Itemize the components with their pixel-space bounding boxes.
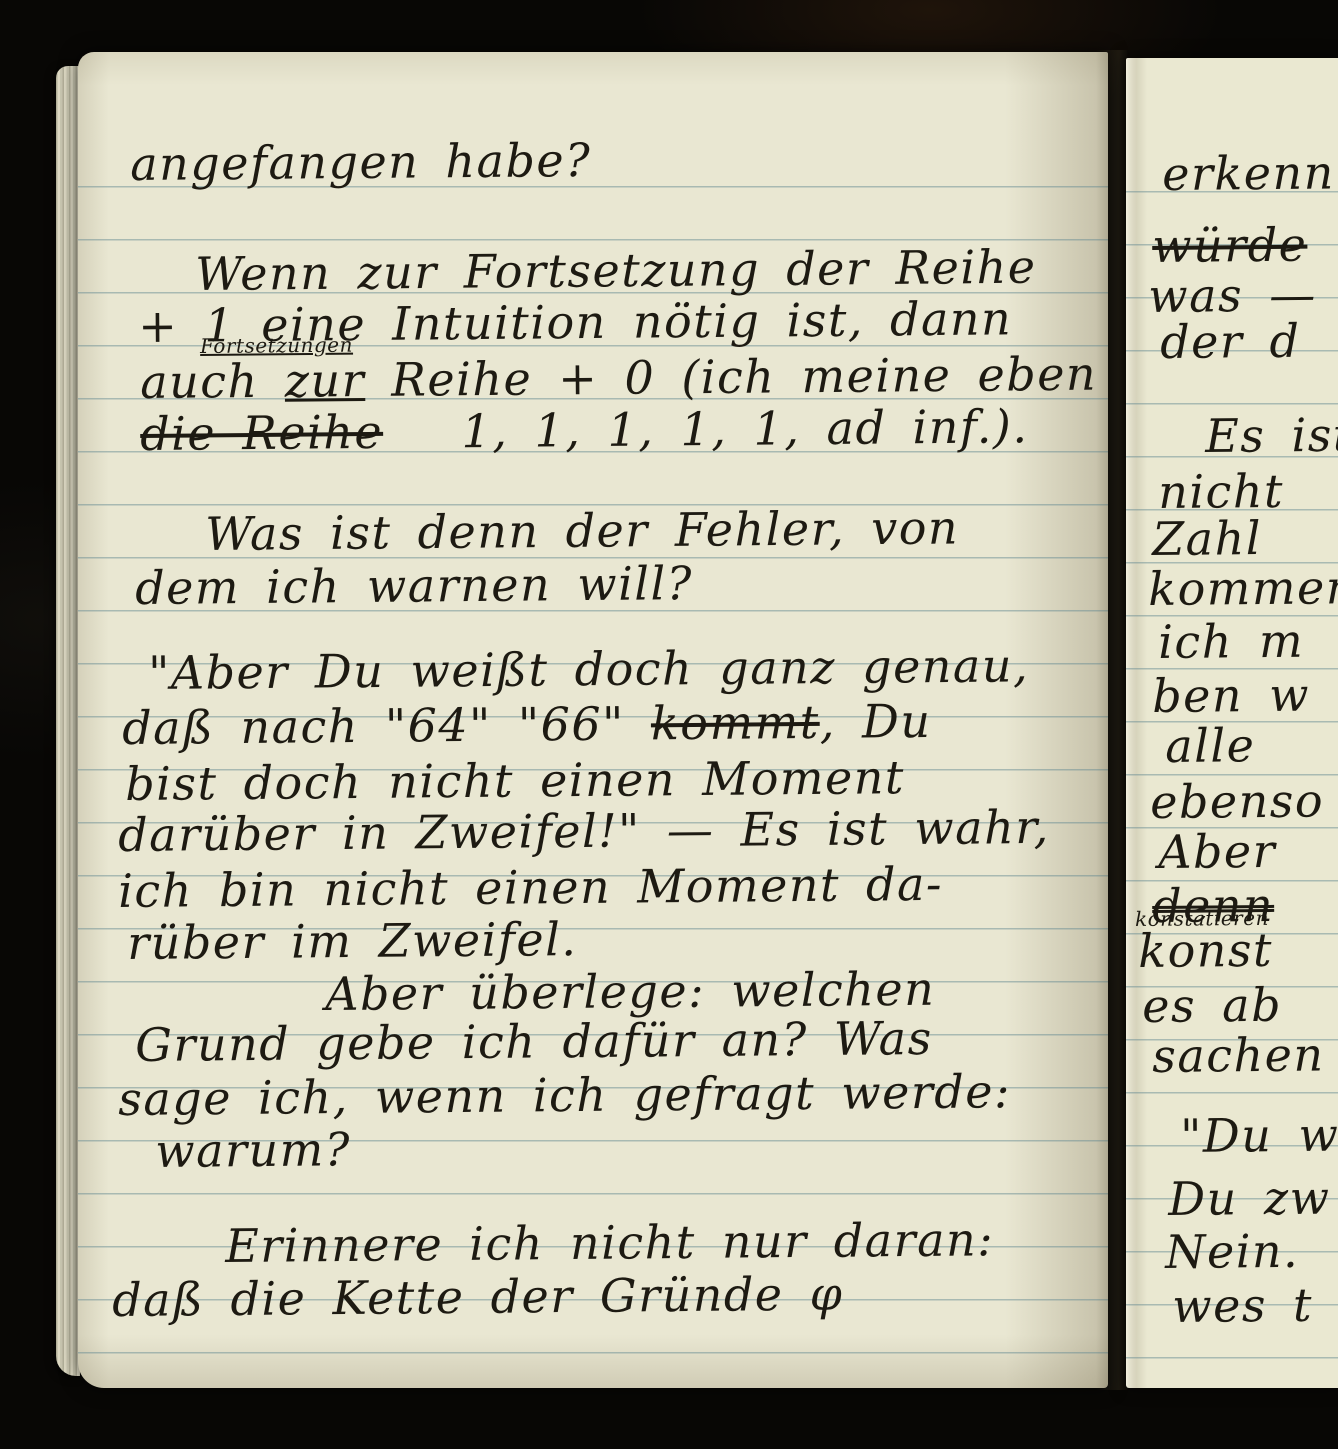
manuscript-fragment: sachen [1152,1030,1325,1080]
manuscript-line: die Reihe 1, 1, 1, 1, 1, ad inf.). [140,402,1029,458]
manuscript-line: "Aber Du weißt doch ganz genau, [148,641,1029,697]
manuscript-fragment: würde [1152,221,1308,271]
struck-word: kommt [651,695,820,750]
manuscript-line: Wenn zur Fortsetzung der Reihe [195,243,1037,299]
manuscript-line: Erinnere ich nicht nur daran: [225,1215,994,1270]
insertion-target-word: zur [285,353,366,408]
manuscript-fragment: konst [1138,926,1273,975]
manuscript-line: rüber im Zweifel. [127,915,578,967]
right-page: erkenn würde was — der d Es ist nicht Za… [1126,58,1338,1388]
left-page: angefangen habe? Wenn zur Fortsetzung de… [78,52,1108,1388]
manuscript-fragment: Nein. [1165,1227,1299,1276]
manuscript-line: bist doch nicht einen Moment [125,753,905,808]
manuscript-line: daß die Kette der Gründe φ [112,1270,844,1325]
manuscript-fragment: kommen [1148,563,1338,613]
manuscript-line: warum? [155,1125,351,1175]
manuscript-fragment: ben w [1152,671,1310,721]
manuscript-fragment: wes t [1172,1281,1313,1331]
manuscript-line: ich bin nicht einen Moment da- [118,860,943,915]
manuscript-fragment: alle [1165,721,1255,770]
manuscript-fragment: Es ist [1205,411,1338,461]
manuscript-fragment: es ab [1142,981,1282,1031]
page-stack-edge [56,66,80,1376]
manuscript-fragment: nicht [1158,467,1284,516]
manuscript-line: darüber in Zweifel!" — Es ist wahr, [118,803,1050,859]
struck-word: würde [1152,218,1308,273]
manuscript-line: sage ich, wenn ich gefragt werde: [118,1067,1011,1123]
manuscript-fragment: der d [1160,317,1301,367]
manuscript-fragment: erkenn [1162,148,1335,198]
manuscript-line: Grund gebe ich dafür an? Was [135,1014,933,1069]
manuscript-line: dem ich warnen will? [135,559,693,612]
manuscript-line: daß nach "64" "66" kommt, Du [122,697,932,752]
manuscript-line: angefangen habe? [130,136,592,188]
manuscript-fragment: Zahl [1152,514,1262,563]
manuscript-fragment: Aber [1158,827,1276,876]
manuscript-fragment: ich m [1158,617,1304,667]
manuscript-fragment: ebenso [1150,776,1324,826]
manuscript-fragment: was — [1148,271,1317,321]
manuscript-line: Was ist denn der Fehler, von [205,503,959,558]
struck-words: die Reihe [140,405,383,461]
manuscript-photo: angefangen habe? Wenn zur Fortsetzung de… [0,0,1338,1449]
manuscript-fragment: "Du w [1180,1111,1338,1161]
manuscript-line: Aber überlege: welchen [325,965,935,1019]
manuscript-line: auch zur Reihe + 0 (ich meine eben [140,350,1097,407]
manuscript-fragment: Du zw [1168,1174,1331,1224]
